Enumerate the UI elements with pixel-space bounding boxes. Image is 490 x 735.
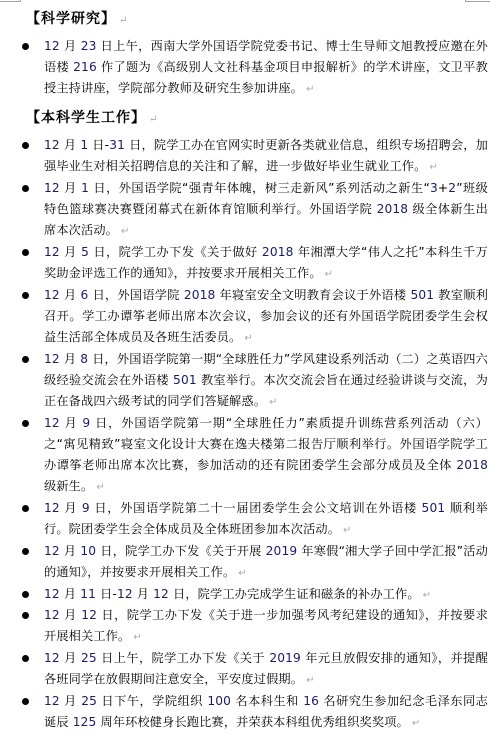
- list-item-text: 12 月 1 日-31 日，院学工办在官网实时更新各类就业信息，组织专场招聘会，…: [44, 135, 488, 178]
- bullet-icon: [22, 249, 29, 256]
- paragraph-mark-icon: ↵: [306, 84, 315, 95]
- paragraph-mark-icon: ↵: [244, 333, 253, 344]
- paragraph-mark-icon: ↵: [429, 162, 438, 173]
- list-item-text: 12 月 25 日下午，学院组织 100 名本科生和 16 名研究生参加纪念毛泽…: [44, 691, 488, 734]
- paragraph-mark-icon: ↵: [149, 114, 158, 125]
- bullet-icon: [22, 612, 29, 619]
- list-item-text: 12 月 8 日，外国语学院第一期“全球胜任力”学风建设系列活动（二）之英语四六…: [44, 349, 488, 413]
- bullet-icon: [22, 420, 29, 427]
- bullet-icon: [22, 591, 29, 598]
- paragraph-mark-icon: ↵: [269, 397, 278, 408]
- crop-mark-top-left-vertical: [20, 0, 21, 2]
- bullet-icon: [22, 43, 29, 50]
- bullet-icon: [22, 698, 29, 705]
- list-item-text: 12 月 6 日，外国语学院 2018 年寝室安全文明教育会议于外语楼 501 …: [44, 285, 488, 349]
- bullet-icon: [22, 292, 29, 299]
- bullet-icon: [22, 356, 29, 363]
- paragraph-mark-icon: ↵: [423, 590, 432, 601]
- list-item-text: 12 月 10 日，院学工办下发《关于开展 2019 年寒假“湘大学子回中学汇报…: [44, 541, 488, 584]
- list-item-text: 12 月 11 日-12 月 12 日，院学工办完成学生证和磁条的补办工作。↵: [44, 584, 488, 606]
- list-item-text: 12 月 25 日上午，院学工办下发《关于 2019 年元旦放假安排的通知》，并…: [44, 648, 488, 691]
- heading-text: 【本科学生工作】: [26, 110, 146, 126]
- bullet-icon: [22, 505, 29, 512]
- bullet-icon: [22, 185, 29, 192]
- paragraph-mark-icon: ↵: [325, 269, 334, 280]
- list-item-text: 12 月 12 日，院学工办下发《关于进一步加强考风考纪建设的通知》，并按要求开…: [44, 605, 488, 648]
- paragraph-mark-icon: ↵: [119, 15, 128, 26]
- heading-text: 【科学研究】: [26, 11, 116, 27]
- bullet-icon: [22, 655, 29, 662]
- list-item-text: 12 月 5 日，院学工办下发《关于做好 2018 年湘潭大学“伟人之托”本科生…: [44, 242, 488, 285]
- paragraph-mark-icon: ↵: [133, 632, 142, 643]
- list-item-text: 12 月 1 日，外国语学院“强青年体魄，树三走新风”系列活动之新生“3+2”班…: [44, 178, 488, 242]
- section-heading-undergraduate-work: 【本科学生工作】↵: [26, 107, 158, 127]
- paragraph-mark-icon: ↵: [238, 568, 247, 579]
- list-item-text: 12 月 23 日上午，西南大学外国语学院党委书记、博士生导师文旭教授应邀在外语…: [44, 36, 488, 100]
- crop-mark-top-right: [465, 0, 490, 2]
- bullet-icon: [22, 142, 29, 149]
- list-item-text: 12 月 9 日，外国语学院第二十一届团委学生会公文培训在外语楼 501 顺利举…: [44, 498, 488, 541]
- paragraph-mark-icon: ↵: [343, 525, 352, 536]
- crop-mark-top-right-vertical: [465, 0, 466, 2]
- paragraph-mark-icon: ↵: [412, 718, 421, 729]
- paragraph-mark-icon: ↵: [121, 226, 130, 237]
- paragraph-mark-icon: ↵: [96, 482, 105, 493]
- bullet-icon: [22, 548, 29, 555]
- paragraph-mark-icon: ↵: [306, 675, 315, 686]
- crop-mark-top-left: [0, 0, 20, 2]
- section-heading-research: 【科学研究】↵: [26, 8, 128, 28]
- list-item-text: 12 月 9 日，外国语学院第一期“全球胜任力”素质提升训练营系列活动（六）之“…: [44, 413, 488, 498]
